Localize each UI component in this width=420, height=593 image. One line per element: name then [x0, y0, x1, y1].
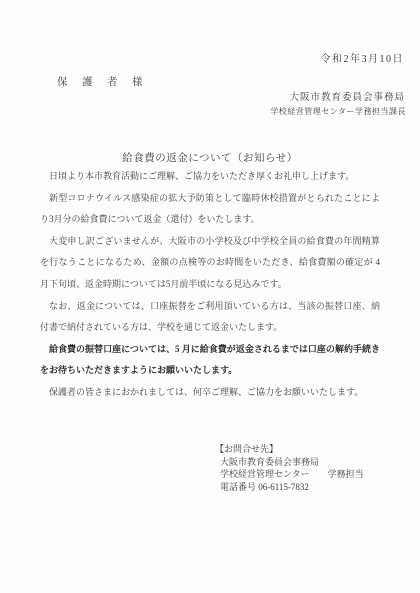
contact-heading: 【お問合せ先】: [215, 443, 364, 456]
contact-department: 学校経営管理センター 学務担当: [220, 468, 364, 481]
scanned-letter-page: 令和2年3月10日 保 護 者 様 大阪市教育委員会事務局 学校経営管理センター…: [0, 0, 420, 593]
letter-body: 日頃より本市教育活動にご理解、ご協力をいただき厚くお礼申し上げます。 新型コロナ…: [40, 166, 380, 404]
recipient-name: 保 護 者 様: [57, 74, 145, 89]
contact-organization: 大阪市教育委員会事務局: [220, 456, 364, 469]
sender-job-title: 学校経営管理センター学務担当課長: [270, 106, 406, 117]
account-notice-emphasis-paragraph: 給食費の振替口座については、5 月に給食費が返金されるまでは口座の解約手続きをお…: [40, 339, 380, 382]
sender-organization: 大阪市教育委員会事務局: [289, 89, 405, 103]
refund-schedule-paragraph: 大変申し訳ございませんが、大阪市の小学校及び中学校全員の給食費の年間精算を行なう…: [40, 231, 380, 296]
greeting-paragraph: 日頃より本市教育活動にご理解、ご協力をいただき厚くお礼申し上げます。: [40, 166, 380, 188]
refund-method-paragraph: なお、返金については、口座振替をご利用頂いている方は、当該の振替口座、納付書で納…: [40, 296, 380, 339]
document-date: 令和2年3月10日: [321, 50, 405, 65]
contact-info-block: 【お問合せ先】 大阪市教育委員会事務局 学校経営管理センター 学務担当 電話番号…: [215, 443, 364, 493]
closing-paragraph: 保護者の皆さまにおかれましては、何卒ご理解、ご協力をお願いいたします。: [40, 382, 380, 404]
refund-announcement-paragraph: 新型コロナウイルス感染症の拡大予防策として臨時休校措置がとられたことにより3月分…: [40, 188, 380, 231]
contact-phone-number: 電話番号 06-6115-7832: [220, 481, 364, 494]
document-title: 給食費の返金について（お知らせ）: [0, 150, 420, 165]
